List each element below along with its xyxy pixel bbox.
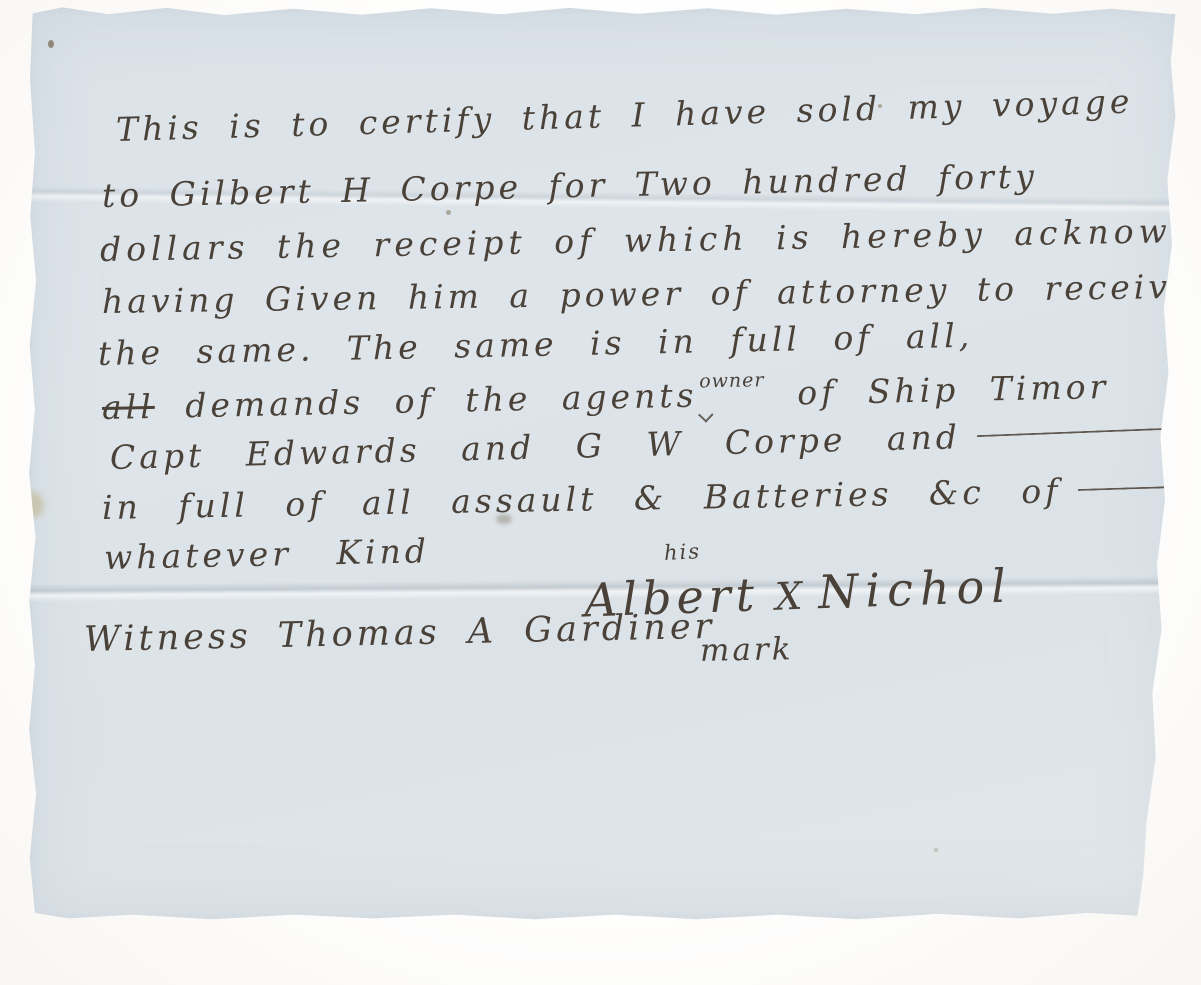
signature-last-name: Nichol (817, 559, 1014, 620)
line-6-text: demands of the agents (185, 376, 698, 426)
signature-x-mark: X (774, 574, 803, 619)
handwriting-line-9: whatever Kind (104, 531, 431, 577)
witness-line: WitnessThomas A Gardiner (84, 607, 716, 660)
handwriting-line-3: dollars the receipt of which is hereby a… (100, 210, 1201, 269)
struck-out-word: all (102, 387, 156, 427)
signature-mark-word: mark (700, 631, 794, 669)
handwriting-line-4: having Given him a power of attorney to … (102, 267, 1195, 321)
scanned-document-background: This is to certify that I have sold my v… (0, 0, 1201, 985)
line-8-text: in full of all assault & Batteries &c of (102, 471, 1062, 527)
handwriting-line-2: to Gilbert H Corpe for Two hundred forty (102, 156, 1039, 215)
handwriting-layer: This is to certify that I have sold my v… (28, 6, 1180, 922)
witness-name: Thomas A Gardiner (277, 607, 715, 656)
line-6-rest: of Ship Timor (797, 367, 1110, 413)
flourish-stroke (977, 428, 1172, 437)
handwriting-line-5: the same. The same is in full of all, (98, 316, 974, 373)
receipt-paper: This is to certify that I have sold my v… (28, 6, 1180, 922)
signature-his-word: his (663, 539, 701, 565)
insertion-caret-mark (698, 407, 714, 423)
handwriting-line-1: This is to certify that I have sold my v… (115, 82, 1133, 149)
line-7-text: Capt Edwards and G W Corpe and (110, 417, 962, 477)
witness-label: Witness (84, 616, 253, 660)
flourish-stroke (1077, 484, 1201, 491)
handwriting-line-8: in full of all assault & Batteries &c of (102, 468, 1201, 527)
inserted-word-owner: owner (699, 369, 765, 392)
spacer (252, 647, 278, 648)
